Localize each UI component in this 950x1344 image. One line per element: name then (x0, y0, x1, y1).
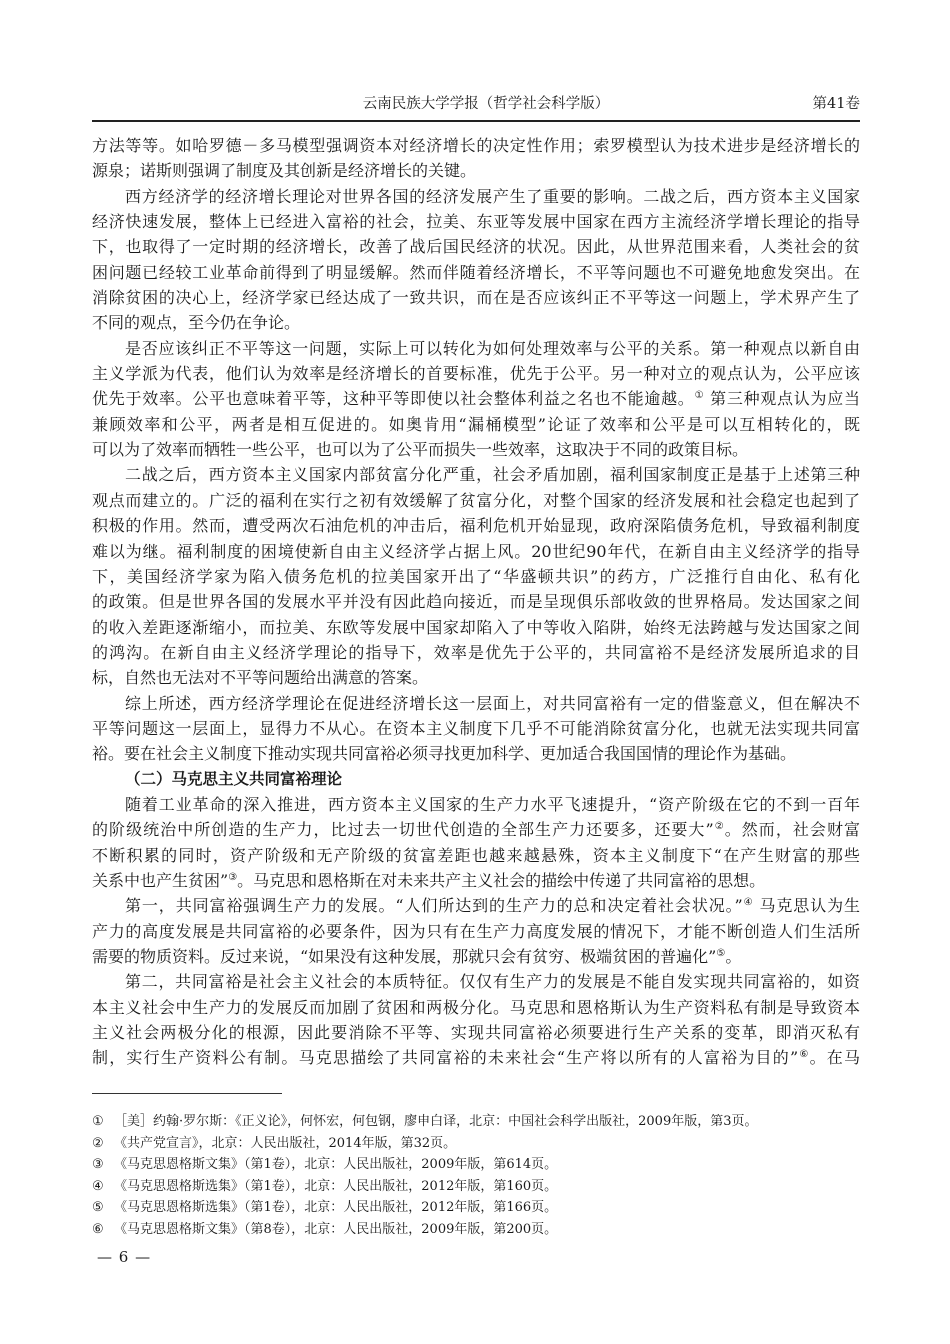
paragraph-start: 是否应该纠正不平等这一问题，实际上可以转化为如何处理效率与公平的关系。第一种观点… (92, 336, 860, 361)
text-line: 困问题已经较工业革命前得到了明显缓解。然而伴随着经济增长，不平等问题也不可避免地… (92, 260, 860, 285)
text-line: 的政策。但是世界各国的发展水平并没有因此趋向接近，而是呈现俱乐部收敛的世界格局。… (92, 589, 860, 614)
text-line: 兼顾效率和公平，两者是相互促进的。如奥肯用“漏桶模型”论证了效率和公平是可以互相… (92, 412, 860, 437)
line-text: 。在马 (810, 1048, 860, 1067)
footnote-mark: ⑤ (92, 1197, 114, 1219)
text-line: 经济快速发展，整体上已经进入富裕的社会，拉美、东亚等发展中国家在西方主流经济学增… (92, 209, 860, 234)
journal-title: 云南民族大学学报（哲学社会科学版） (112, 92, 860, 116)
footnote-text: 《马克思恩格斯选集》（第1卷），北京：人民出版社，2012年版，第160页。 (114, 1179, 557, 1194)
text-line: 源泉；诺斯则强调了制度及其创新是经济增长的关键。 (92, 158, 860, 183)
line-text: 。马克思和恩格斯在对未来共产主义社会的描绘中传递了共同富裕的思想。 (237, 871, 765, 890)
text-line: 需要的物质资料。反过来说，“如果没有这种发展，那就只会有贫穷、极端贫困的普遍化”… (92, 944, 860, 969)
footnote-rule (92, 1093, 282, 1094)
line-text: 优先于效率。公平也意味着平等，这种平等即使以社会整体利益之名也不能逾越。 (92, 389, 695, 408)
footnote-4: ④《马克思恩格斯选集》（第1卷），北京：人民出版社，2012年版，第160页。 (92, 1176, 860, 1198)
text-line: 的阶级统治中所创造的生产力，比过去一切世代创造的全部生产力还要多，还要大”②。然… (92, 817, 860, 842)
running-header: 云南民族大学学报（哲学社会科学版） 第41卷 (92, 92, 860, 116)
footnote-text: 《马克思恩格斯文集》（第1卷），北京：人民出版社，2009年版，第614页。 (114, 1157, 557, 1172)
volume-label: 第41卷 (813, 92, 860, 116)
text-line: 消除贫困的决心上，经济学家已经达成了一致共识，而在是否应该纠正不平等这一问题上，… (92, 285, 860, 310)
text-line: 的收入差距逐渐缩小，而拉美、东欧等发展中国家却陷入了中等收入陷阱，始终无法跨越与… (92, 615, 860, 640)
line-text: 关系中也产生贫困” (92, 871, 228, 890)
header-rule (92, 120, 860, 122)
line-text: 第三种观点认为应当 (704, 389, 860, 408)
text-line: 不断积累的同时，资产阶级和无产阶级的贫富差距也越来越悬殊，资本主义制度下“在产生… (92, 843, 860, 868)
text-line: 难以为继。福利制度的困境使新自由主义经济学占据上风。20世纪90年代，在新自由主… (92, 539, 860, 564)
line-text: 的阶级统治中所创造的生产力，比过去一切世代创造的全部生产力还要多，还要大” (92, 820, 714, 839)
text-line: 裕。要在社会主义制度下推动实现共同富裕必须寻找更加科学、更加适合我国国情的理论作… (92, 741, 860, 766)
text-line: 优先于效率。公平也意味着平等，这种平等即使以社会整体利益之名也不能逾越。① 第三… (92, 386, 860, 411)
line-text: 第一，共同富裕强调生产力的发展。“人们所达到的生产力的总和决定着社会状况。” (125, 896, 743, 915)
text-line: 本主义社会中生产力的发展反而加剧了贫困和两极分化。马克思和恩格斯认为生产资料私有… (92, 995, 860, 1020)
footnote-mark: ① (92, 1111, 114, 1133)
line-text: 。然而，社会财富 (725, 820, 860, 839)
text-line: 下，也取得了一定时期的经济增长，改善了战后国民经济的状况。因此，从世界范围来看，… (92, 234, 860, 259)
text-line: 主义社会两极分化的根源，因此要消除不平等、实现共同富裕必须要进行生产关系的变革，… (92, 1020, 860, 1045)
footnote-text: ［美］约翰·罗尔斯：《正义论》，何怀宏，何包钢，廖申白译，北京：中国社会科学出版… (114, 1114, 758, 1129)
article-body: 方法等等。如哈罗德－多马模型强调资本对经济增长的决定性作用；索罗模型认为技术进步… (92, 133, 860, 1071)
text-line: 产力的高度发展是共同富裕的必要条件，因为只有在生产力高度发展的情况下，才能不断创… (92, 919, 860, 944)
footnote-ref-6[interactable]: ⑥ (798, 1049, 809, 1060)
footnote-ref-4[interactable]: ④ (743, 897, 754, 908)
footnote-1: ①［美］约翰·罗尔斯：《正义论》，何怀宏，何包钢，廖申白译，北京：中国社会科学出… (92, 1111, 860, 1133)
text-line: 平等问题这一层面上，显得力不从心。在资本主义制度下几乎不可能消除贫富分化，也就无… (92, 716, 860, 741)
text-line: 关系中也产生贫困”③。马克思和恩格斯在对未来共产主义社会的描绘中传递了共同富裕的… (92, 868, 860, 893)
text-line: 标，自然也无法对不平等问题给出满意的答案。 (92, 665, 860, 690)
text-line: 可以为了效率而牺牲一些公平，也可以为了公平而损失一些效率，这取决于不同的政策目标… (92, 437, 860, 462)
line-text: 需要的物质资料。反过来说，“如果没有这种发展，那就只会有贫穷、极端贫困的普遍化” (92, 947, 716, 966)
line-text: 马克思认为生 (754, 896, 861, 915)
text-line: 下，美国经济学家为陷入债务危机的拉美国家开出了“华盛顿共识”的药方，广泛推行自由… (92, 564, 860, 589)
section-heading: （二）马克思主义共同富裕理论 (92, 767, 860, 792)
footnote-5: ⑤《马克思恩格斯选集》（第1卷），北京：人民出版社，2012年版，第166页。 (92, 1197, 860, 1219)
paragraph-start: 二战之后，西方资本主义国家内部贫富分化严重，社会矛盾加剧，福利国家制度正是基于上… (92, 462, 860, 487)
text-line: 积极的作用。然而，遭受两次石油危机的冲击后，福利危机开始显现，政府深陷债务危机，… (92, 513, 860, 538)
paragraph-start: 第一，共同富裕强调生产力的发展。“人们所达到的生产力的总和决定着社会状况。”④ … (92, 893, 860, 918)
footnote-mark: ③ (92, 1154, 114, 1176)
footnote-ref-3[interactable]: ③ (228, 872, 237, 883)
text-line: 不同的观点，至今仍在争论。 (92, 310, 860, 335)
text-line: 的鸿沟。在新自由主义经济学理论的指导下，效率是优先于公平的，共同富裕不是经济发展… (92, 640, 860, 665)
footnote-text: 《马克思恩格斯选集》（第1卷），北京：人民出版社，2012年版，第166页。 (114, 1200, 557, 1215)
footnote-2: ②《共产党宣言》，北京：人民出版社，2014年版，第32页。 (92, 1133, 860, 1155)
text-line: 制，实行生产资料公有制。马克思描绘了共同富裕的未来社会“生产将以所有的人富裕为目… (92, 1045, 860, 1070)
footnote-ref-5[interactable]: ⑤ (716, 948, 725, 959)
line-text: 。 (725, 947, 741, 966)
text-line: 观点而建立的。广泛的福利在实行之初有效缓解了贫富分化，对整个国家的经济发展和社会… (92, 488, 860, 513)
text-line: 方法等等。如哈罗德－多马模型强调资本对经济增长的决定性作用；索罗模型认为技术进步… (92, 133, 860, 158)
paragraph-start: 综上所述，西方经济学理论在促进经济增长这一层面上，对共同富裕有一定的借鉴意义，但… (92, 691, 860, 716)
footnotes: ①［美］约翰·罗尔斯：《正义论》，何怀宏，何包钢，廖申白译，北京：中国社会科学出… (92, 1111, 860, 1240)
paragraph-start: 西方经济学的经济增长理论对世界各国的经济发展产生了重要的影响。二战之后，西方资本… (92, 184, 860, 209)
text-line: 主义学派为代表，他们认为效率是经济增长的首要标准，优先于公平。另一种对立的观点认… (92, 361, 860, 386)
page-number: — 6 — (97, 1245, 151, 1269)
paragraph-start: 第二，共同富裕是社会主义社会的本质特征。仅仅有生产力的发展是不能自发实现共同富裕… (92, 969, 860, 994)
paragraph-start: 随着工业革命的深入推进，西方资本主义国家的生产力水平飞速提升，“资产阶级在它的不… (92, 792, 860, 817)
footnote-3: ③《马克思恩格斯文集》（第1卷），北京：人民出版社，2009年版，第614页。 (92, 1154, 860, 1176)
line-text: 制，实行生产资料公有制。马克思描绘了共同富裕的未来社会“生产将以所有的人富裕为目… (92, 1048, 798, 1067)
footnote-mark: ② (92, 1133, 114, 1155)
footnote-text: 《马克思恩格斯文集》（第8卷），北京：人民出版社，2009年版，第200页。 (114, 1222, 557, 1237)
footnote-6: ⑥《马克思恩格斯文集》（第8卷），北京：人民出版社，2009年版，第200页。 (92, 1219, 860, 1241)
footnote-ref-1[interactable]: ① (695, 390, 705, 401)
footnote-mark: ⑥ (92, 1219, 114, 1241)
footnote-ref-2[interactable]: ② (714, 821, 725, 832)
footnote-text: 《共产党宣言》，北京：人民出版社，2014年版，第32页。 (114, 1136, 456, 1151)
footnote-mark: ④ (92, 1176, 114, 1198)
